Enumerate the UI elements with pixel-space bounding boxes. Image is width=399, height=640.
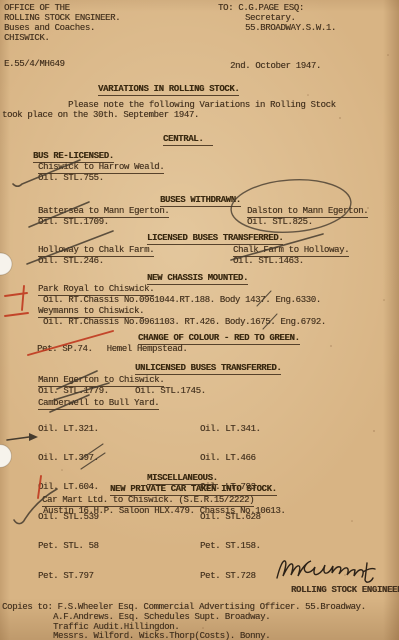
chassis-detail-line: Oil. RT.Chassis No.0961103. RT.426. Body… — [43, 317, 326, 328]
arrow-annotation — [7, 433, 38, 441]
region-heading: CENTRAL. — [163, 134, 213, 146]
recipient-address-line: 55.BROADWAY.S.W.1. — [245, 23, 336, 34]
vehicle-line: Oil. STL.1779. — [38, 386, 109, 397]
copies-line: Copies to: F.S.Wheeler Esq. Commercial A… — [2, 602, 366, 613]
sender-office-line: OFFICE OF THE — [4, 3, 70, 14]
vehicle-line: Oil. STL.825. — [247, 217, 313, 228]
car-detail-line: Austin 16.H.P. Saloon HLX.479. Chassis N… — [43, 506, 285, 517]
route-line: Chiswick to Harrow Weald. — [38, 162, 164, 174]
section-heading-licensed-transferred: LICENSED BUSES TRANSFERRED. — [147, 233, 283, 245]
route-line: Mann Egerton to Chiswick. — [38, 375, 164, 387]
hole-punch — [0, 445, 12, 468]
section-heading-new-chassis: NEW CHASSIS MOUNTED. — [147, 273, 248, 285]
vehicle-line: Oil. STL.246. — [38, 256, 104, 267]
chassis-detail-line: Oil. RT.Chassis No.0961044.RT.188. Body … — [43, 295, 321, 306]
section-heading-buses-withdrawn: BUSES WITHDRAWN. — [160, 195, 241, 207]
route-line: Weymanns to Chiswick. — [38, 306, 144, 318]
vehicle-line: Pet. ST.158. — [200, 542, 261, 552]
red-margin-bracket — [5, 293, 27, 296]
copies-line: Messrs. Wilford. Wicks.Thorp(Costs). Bon… — [53, 631, 270, 640]
vehicle-line: Pet. STL. 58 — [38, 542, 99, 552]
vehicle-line: Oil. LT.466 — [200, 454, 261, 464]
vehicle-line: Oil. LT.341. — [200, 425, 261, 435]
red-margin-bracket — [5, 313, 28, 316]
vehicle-line: Oil. STL.1709. — [38, 217, 109, 228]
section-heading-miscellaneous: MISCELLANEOUS. — [147, 473, 218, 485]
route-line: Holloway to Chalk Farm. — [38, 245, 154, 257]
route-line: Car Mart Ltd. to Chiswick. (S.E.R.15/222… — [42, 495, 254, 507]
sender-title-line: ROLLING STOCK ENGINEER. — [4, 13, 120, 24]
route-line: Dalston to Mann Egerton. — [247, 206, 368, 218]
sender-dept-line: Buses and Coaches. — [4, 23, 95, 34]
handwritten-signature — [273, 554, 388, 586]
route-line: Park Royal to Chiswick. — [38, 284, 154, 296]
route-line: Chalk Farm to Holloway. — [233, 245, 349, 257]
recipient-role-line: Secretary. — [245, 13, 296, 24]
document-title: VARIATIONS IN ROLLING STOCK. — [98, 84, 239, 96]
colour-change-line: Pet. SP.74.Hemel Hempstead. — [37, 344, 187, 355]
vehicle-line: Oil. STL.1463. — [233, 256, 304, 267]
recipient-to-line: TO: C.G.PAGE ESQ: — [218, 3, 304, 14]
vehicle-line: Pet. ST.797 — [38, 572, 99, 582]
section-heading-change-of-colour: CHANGE OF COLOUR - RED TO GREEN. — [138, 333, 300, 345]
vehicle-line: Oil. STL.755. — [38, 173, 104, 184]
route-line: Battersea to Mann Egerton. — [38, 206, 169, 218]
vehicle-line: Pet. ST.728 — [200, 572, 261, 582]
section-heading-unlicensed-transferred: UNLICENSED BUSES TRANSFERRED. — [135, 363, 281, 375]
colour-change-vehicle: Pet. SP.74. — [37, 344, 93, 354]
vehicle-line: Oil. LT.397. — [38, 454, 99, 464]
document-date: 2nd. October 1947. — [230, 61, 321, 72]
section-heading-bus-relicensed: BUS RE-LICENSED. — [33, 151, 114, 163]
section-subheading-new-private-car: NEW PRIVATE CAR TAKEN INTO STOCK. — [110, 484, 277, 496]
intro-line-1: Please note the following Variations in … — [68, 100, 336, 111]
sender-location-line: CHISWICK. — [4, 33, 49, 44]
signer-title: ROLLING STOCK ENGINEER. — [291, 585, 399, 596]
vehicle-line: Oil. STL.1745. — [135, 386, 206, 397]
document-page: OFFICE OF THE ROLLING STOCK ENGINEER. Bu… — [0, 0, 399, 640]
reference-number: E.55/4/MH649 — [4, 59, 65, 70]
vehicle-line: Oil. LT.604. — [38, 483, 99, 493]
hole-punch — [0, 253, 12, 275]
red-margin-bracket — [22, 286, 24, 310]
copies-line: A.F.Andrews. Esq. Schedules Supt. Broadw… — [53, 612, 270, 623]
colour-change-location: Hemel Hempstead. — [107, 344, 188, 355]
vehicle-line: Oil. LT.321. — [38, 425, 99, 435]
intro-line-2: took place on the 30th. September 1947. — [2, 110, 199, 121]
